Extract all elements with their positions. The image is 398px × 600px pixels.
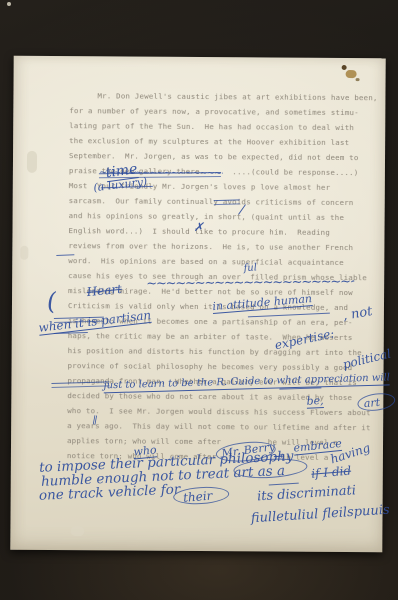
typed-line: Mr. Don Jewell's caustic jibes at art ex… (97, 91, 377, 102)
signature-scrawl: fiulletuliul fleilspuuis (251, 504, 390, 526)
strike-line16-b (248, 313, 330, 318)
stain-dark-dot (342, 65, 347, 70)
strike-line20 (51, 381, 109, 388)
typed-line: lating part of the The Sun. He has had o… (69, 121, 354, 132)
hw-ful: ful (243, 263, 257, 274)
x-mark: ✗ (193, 221, 203, 233)
stain-blot (346, 70, 357, 78)
typed-line: province of social philosophy he becomes… (68, 361, 353, 372)
paper-smudge-1 (27, 151, 37, 173)
wavy-strikeout: ~~~~~~~~~~~~~~~~~~~~~~~~~~~~~~~~~~~~~~~~… (146, 275, 354, 290)
hw-be: be, (306, 395, 324, 409)
paper-smudge-3 (70, 526, 84, 536)
big-paren: ( (46, 289, 57, 314)
paper-sheet: Mr. Don Jewell's caustic jibes at art ex… (10, 56, 385, 553)
bg-speck (7, 2, 11, 6)
hw-one-track-line: one track vehicle for (39, 483, 181, 503)
hw-if-i-did: if I did (311, 465, 352, 480)
strike-insertion-word (279, 387, 321, 389)
hw-their: their (183, 490, 213, 504)
typed-line: and his opinions so greatly, in short, (… (69, 211, 345, 222)
hw-not: , not (342, 305, 373, 323)
hw-art: art (363, 397, 380, 409)
typewriter-text-layer: Mr. Don Jewell's caustic jibes at art ex… (14, 56, 386, 59)
hw-heart: Heart (86, 283, 122, 298)
typed-line: his position and distorts his function b… (68, 346, 362, 357)
typed-line: a years ago. This day will not come to o… (67, 421, 371, 432)
typed-line: word. His opinions are based on a superf… (68, 256, 344, 267)
typed-line: for a number of years now, a provocative… (69, 106, 359, 117)
strike-after-as-a (269, 483, 299, 486)
typed-line: the exclusion of my sculptures at the Ho… (69, 136, 349, 147)
hw-its-discrimination: its discriminati (257, 484, 357, 503)
ink-annotation-layer: time(a luxury)~~~~~~~~~~~~~~~~~~~~~~~~~∕… (14, 56, 386, 59)
paper-smudge-2 (20, 246, 28, 260)
hw-a-luxury: (a luxury) (93, 176, 148, 193)
typed-line: reviews from over the horizons. He is, t… (68, 241, 353, 252)
strike-line8-word (214, 199, 240, 205)
document-photo: Mr. Don Jewell's caustic jibes at art ex… (0, 0, 398, 600)
stain-small-dot (356, 78, 360, 81)
scribble-line6: ~~~~~~~~~~~~~~~~~~~~~~~~~ (99, 168, 223, 179)
typed-line: who to. I see Mr. Jorgen would discuss h… (67, 406, 371, 417)
typed-line: September. Mr. Jorgen, as was to be expe… (69, 151, 359, 162)
typed-line: sarcasm. Our family continually avoids c… (69, 196, 354, 207)
